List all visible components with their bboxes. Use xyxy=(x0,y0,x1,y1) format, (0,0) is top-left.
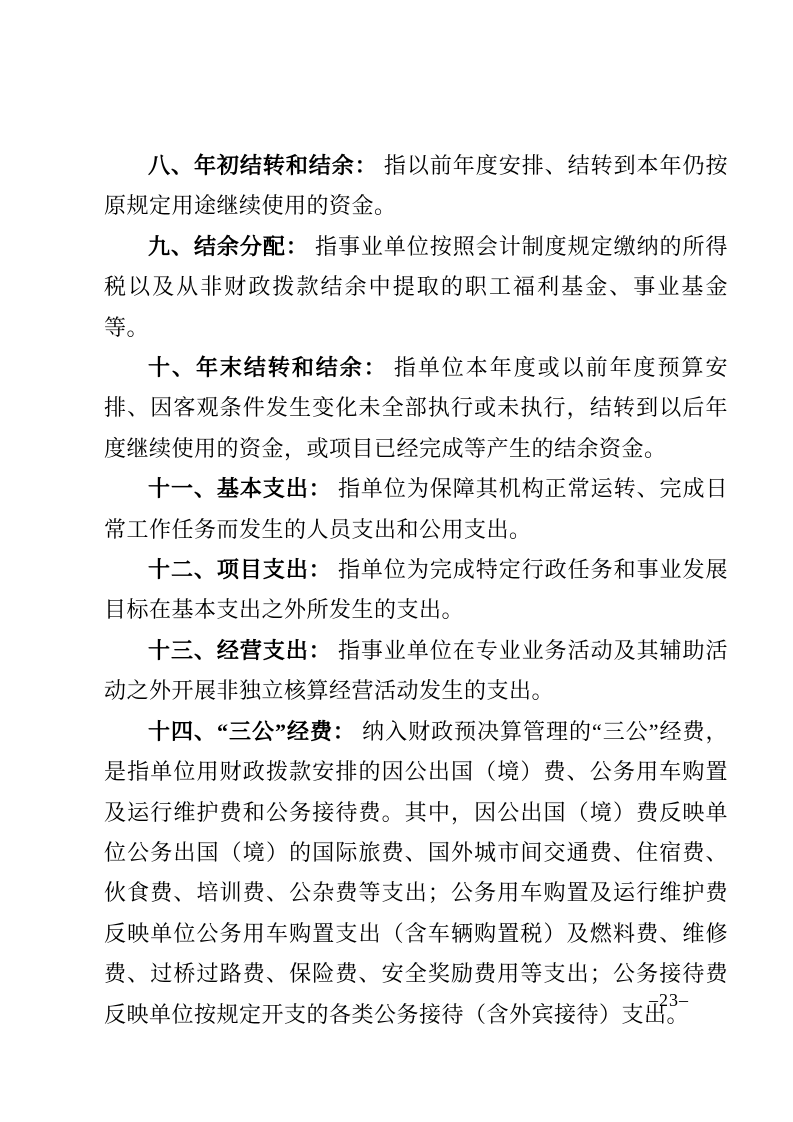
term-label: 十四、“三公”经费： xyxy=(148,719,356,744)
definition-item-14: 十四、“三公”经费：纳入财政预决算管理的“三公”经费，是指单位用财政拨款安排的因… xyxy=(104,712,728,1035)
document-body: 八、年初结转和结余：指以前年度安排、结转到本年仍按原规定用途继续使用的资金。 九… xyxy=(104,146,728,1035)
definition-item-11: 十一、基本支出：指单位为保障其机构正常运转、完成日常工作任务而发生的人员支出和公… xyxy=(104,469,728,550)
definition-item-10: 十、年末结转和结余：指单位本年度或以前年度预算安排、因客观条件发生变化未全部执行… xyxy=(104,348,728,469)
definition-item-9: 九、结余分配：指事业单位按照会计制度规定缴纳的所得税以及从非财政拨款结余中提取的… xyxy=(104,227,728,348)
definition-item-8: 八、年初结转和结余：指以前年度安排、结转到本年仍按原规定用途继续使用的资金。 xyxy=(104,146,728,227)
document-page: 八、年初结转和结余：指以前年度安排、结转到本年仍按原规定用途继续使用的资金。 九… xyxy=(0,0,793,1122)
term-label: 十一、基本支出： xyxy=(148,476,332,501)
page-number: –23– xyxy=(649,990,689,1010)
term-label: 十、年末结转和结余： xyxy=(148,355,388,380)
definition-item-13: 十三、经营支出：指事业单位在专业业务活动及其辅助活动之外开展非独立核算经营活动发… xyxy=(104,631,728,712)
page-footer: –23– xyxy=(0,990,689,1011)
term-label: 十三、经营支出： xyxy=(148,638,332,663)
term-label: 九、结余分配： xyxy=(148,234,309,259)
definition-item-12: 十二、项目支出：指单位为完成特定行政任务和事业发展目标在基本支出之外所发生的支出… xyxy=(104,550,728,631)
term-label: 十二、项目支出： xyxy=(148,557,332,582)
term-label: 八、年初结转和结余： xyxy=(148,153,378,178)
term-definition: 纳入财政预决算管理的“三公”经费，是指单位用财政拨款安排的因公出国（境）费、公务… xyxy=(104,719,728,1027)
